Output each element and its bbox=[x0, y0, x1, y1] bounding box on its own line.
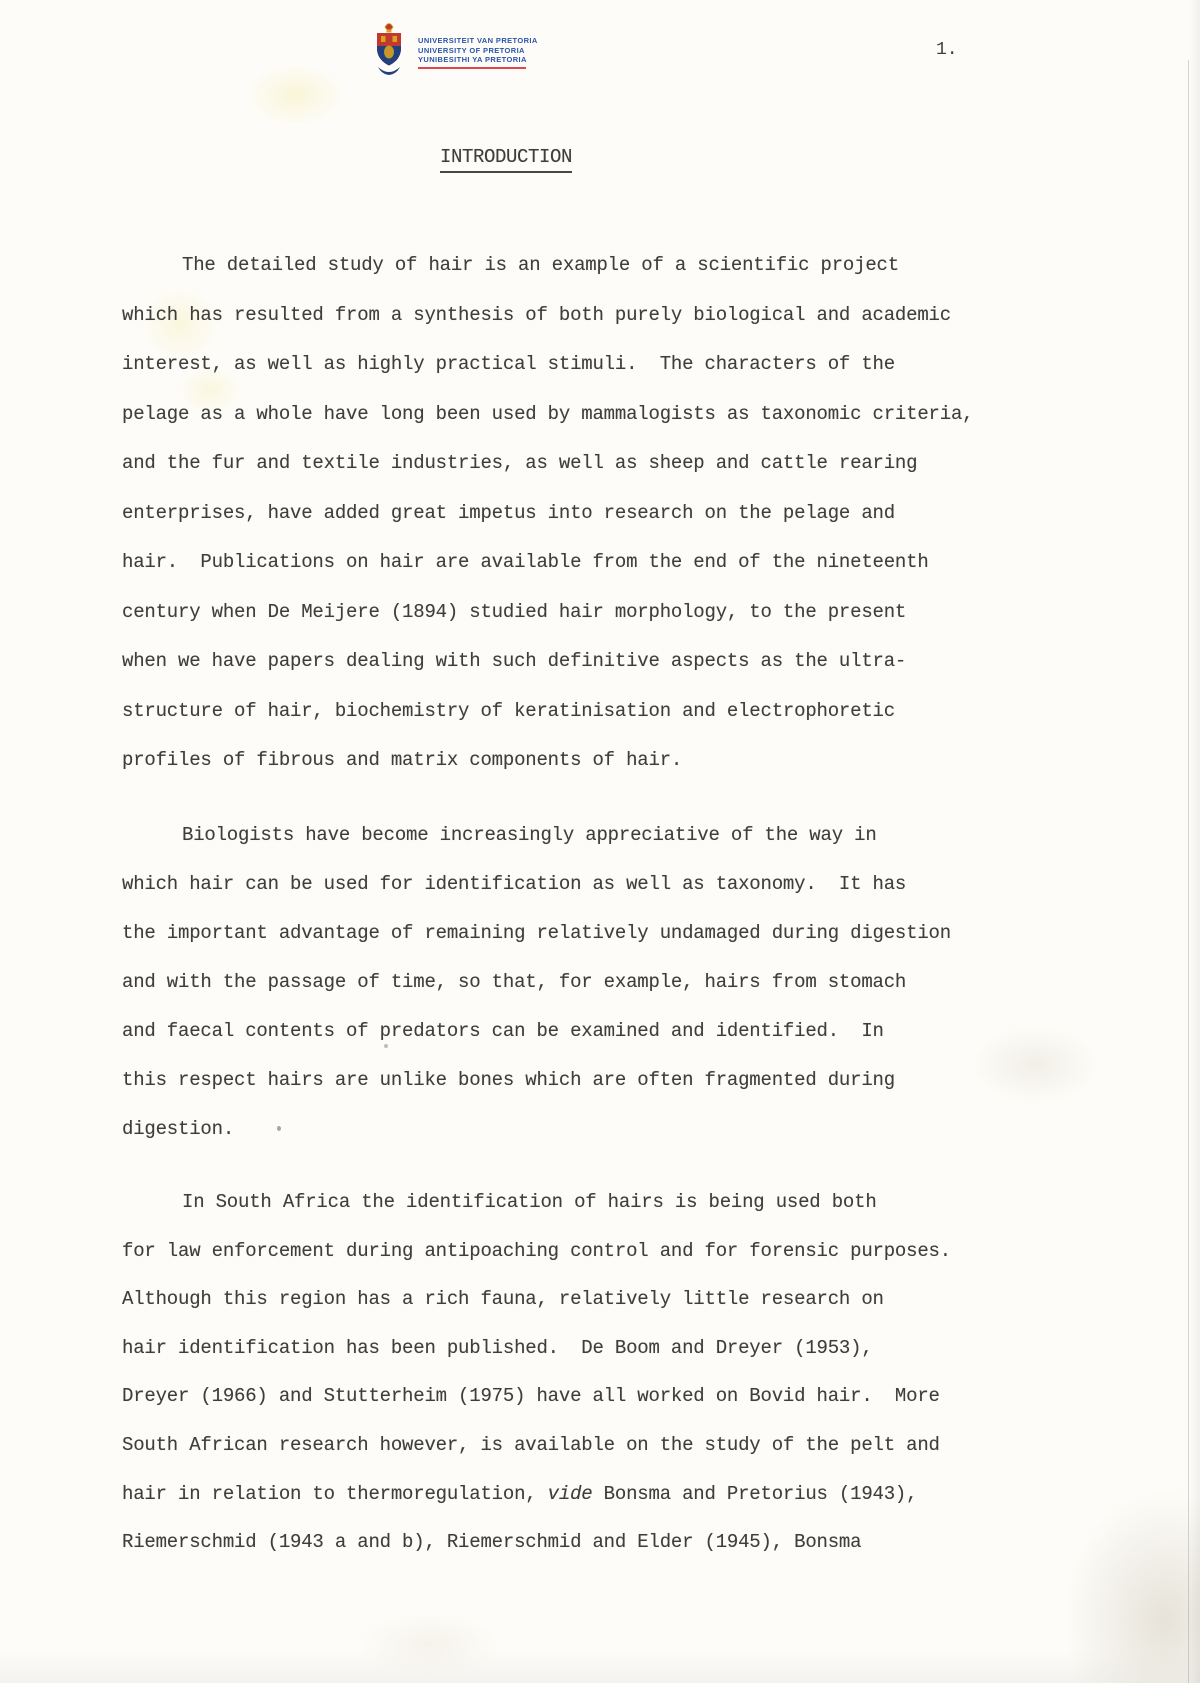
logo-wordmark-line-st: YUNIBESITHI YA PRETORIA bbox=[418, 55, 538, 65]
page-heading: INTRODUCTION bbox=[440, 146, 572, 173]
typed-line: hair identification has been published. … bbox=[122, 1324, 1042, 1373]
paragraph-3: In South Africa the identification of ha… bbox=[122, 1178, 1042, 1567]
typed-line: hair in relation to thermoregulation, vi… bbox=[122, 1470, 1042, 1519]
logo-underline bbox=[418, 67, 526, 69]
page-number: 1. bbox=[936, 40, 958, 60]
typed-line: pelage as a whole have long been used by… bbox=[122, 390, 1042, 440]
paragraph-2: Biologists have become increasingly appr… bbox=[122, 811, 1042, 1154]
line-segment: hair in relation to thermoregulation, bbox=[122, 1483, 548, 1505]
typed-line: Biologists have become increasingly appr… bbox=[122, 811, 1042, 860]
typed-line: and the fur and textile industries, as w… bbox=[122, 439, 1042, 489]
typed-line: enterprises, have added great impetus in… bbox=[122, 489, 1042, 539]
logo-wordmark-line-en: UNIVERSITY OF PRETORIA bbox=[418, 46, 538, 56]
paragraph-1: The detailed study of hair is an example… bbox=[122, 241, 1042, 786]
typed-line: the important advantage of remaining rel… bbox=[122, 909, 1042, 958]
typed-line: Riemerschmid (1943 a and b), Riemerschmi… bbox=[122, 1518, 1042, 1567]
logo-wordmark-line-af: UNIVERSITEIT VAN PRETORIA bbox=[418, 36, 538, 46]
typed-line: South African research however, is avail… bbox=[122, 1421, 1042, 1470]
ink-speck bbox=[384, 1044, 388, 1048]
typed-line: and faecal contents of predators can be … bbox=[122, 1007, 1042, 1056]
typed-line: The detailed study of hair is an example… bbox=[122, 241, 1042, 291]
scan-edge-shadow bbox=[1189, 0, 1200, 1683]
typed-line: and with the passage of time, so that, f… bbox=[122, 958, 1042, 1007]
typed-line: for law enforcement during antipoaching … bbox=[122, 1227, 1042, 1276]
italic-term: vide bbox=[548, 1483, 593, 1505]
typed-line: when we have papers dealing with such de… bbox=[122, 637, 1042, 687]
scanned-page: UNIVERSITEIT VAN PRETORIA UNIVERSITY OF … bbox=[0, 0, 1200, 1683]
typed-line: profiles of fibrous and matrix component… bbox=[122, 736, 1042, 786]
typed-line: Although this region has a rich fauna, r… bbox=[122, 1275, 1042, 1324]
typed-line: century when De Meijere (1894) studied h… bbox=[122, 588, 1042, 638]
typed-line: Dreyer (1966) and Stutterheim (1975) hav… bbox=[122, 1372, 1042, 1421]
ink-speck bbox=[277, 1126, 281, 1131]
typed-line: interest, as well as highly practical st… bbox=[122, 340, 1042, 390]
university-crest-icon bbox=[372, 21, 406, 75]
typed-line: In South Africa the identification of ha… bbox=[122, 1178, 1042, 1227]
typed-line: digestion. bbox=[122, 1105, 1042, 1154]
typed-line: which hair can be used for identificatio… bbox=[122, 860, 1042, 909]
logo-wordmark: UNIVERSITEIT VAN PRETORIA UNIVERSITY OF … bbox=[418, 21, 538, 69]
line-segment: Bonsma and Pretorius (1943), bbox=[592, 1483, 917, 1505]
typed-line: which has resulted from a synthesis of b… bbox=[122, 291, 1042, 341]
university-logo: UNIVERSITEIT VAN PRETORIA UNIVERSITY OF … bbox=[372, 21, 538, 75]
typed-line: this respect hairs are unlike bones whic… bbox=[122, 1056, 1042, 1105]
typed-line: hair. Publications on hair are available… bbox=[122, 538, 1042, 588]
typed-line: structure of hair, biochemistry of kerat… bbox=[122, 687, 1042, 737]
